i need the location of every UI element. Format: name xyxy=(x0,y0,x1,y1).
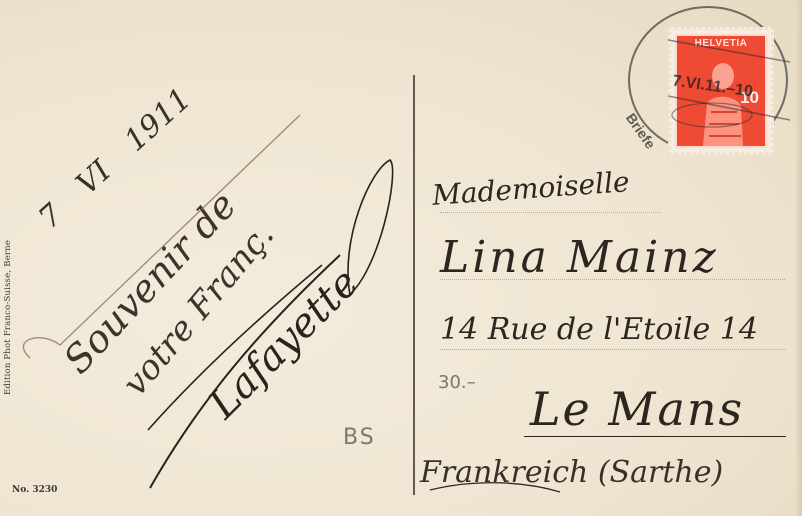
address-street: 14 Rue de l'Etoile 14 xyxy=(440,312,758,347)
helvetia-portrait-icon xyxy=(697,54,743,146)
pencil-note-bs: BS xyxy=(343,425,376,450)
stamp-country: HELVETIA xyxy=(677,38,765,49)
address-city: Le Mans xyxy=(530,382,744,436)
address-country: Frankreich (Sarthe) xyxy=(420,455,723,490)
postcard-back: Edition Phot Franco-Suisse, Berne No. 32… xyxy=(0,0,802,516)
pencil-note-price: 30.– xyxy=(438,372,476,393)
address-name: Lina Mainz xyxy=(440,232,719,283)
